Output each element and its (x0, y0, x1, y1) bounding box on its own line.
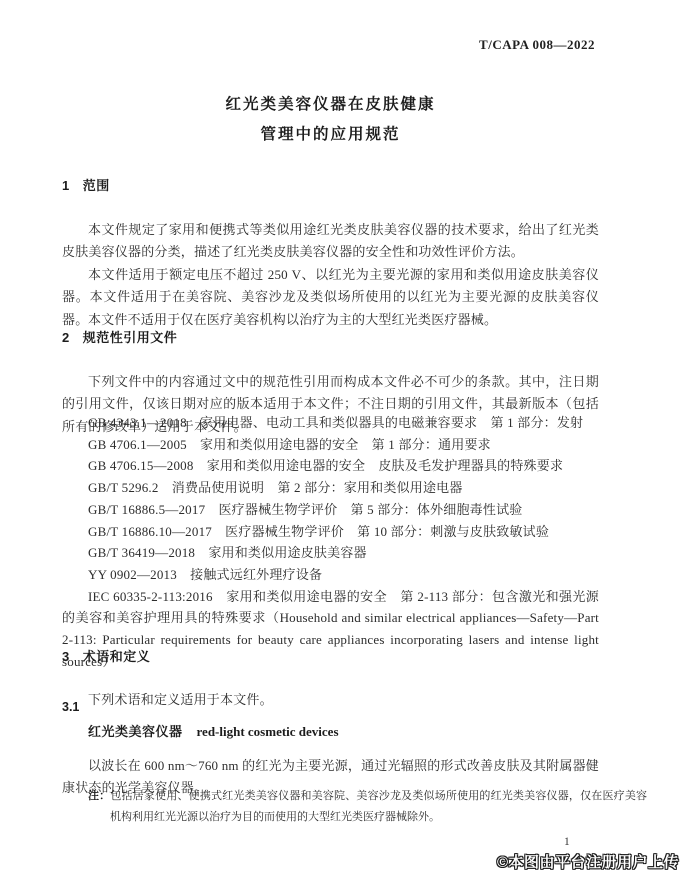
section-2-number: 2 (62, 330, 70, 345)
doc-code: T/CAPA 008—2022 (479, 37, 595, 53)
term-number: 3.1 (62, 700, 599, 714)
reference-list: GB 4343.1—2018 家用电器、电动工具和类似器具的电磁兼容要求 第 1… (62, 412, 599, 672)
section-2-heading: 2规范性引用文件 (62, 327, 599, 346)
page-number: 1 (564, 836, 570, 848)
note-text: 包括居家使用、便携式红光类美容仪器和美容院、美容沙龙及类似场所使用的红光类美容仪… (110, 790, 647, 823)
doc-title: 红光类美容仪器在皮肤健康 管理中的应用规范 (62, 90, 599, 150)
reference-item: YY 0902—2013 接触式远红外理疗设备 (62, 564, 599, 586)
scope-paragraph-1: 本文件规定了家用和便携式等类似用途红光类皮肤美容仪器的技术要求，给出了红光类皮肤… (62, 219, 599, 264)
section-3-title: 术语和定义 (83, 649, 151, 664)
section-1-number: 1 (62, 178, 70, 193)
watermark: ©本图由平台注册用户上传 (497, 851, 679, 872)
doc-title-line1: 红光类美容仪器在皮肤健康 (62, 90, 599, 120)
section-1-title: 范围 (83, 178, 110, 193)
reference-item: GB 4343.1—2018 家用电器、电动工具和类似器具的电磁兼容要求 第 1… (62, 412, 599, 434)
term-line: 红光类美容仪器red-light cosmetic devices (62, 721, 599, 740)
section-2-title: 规范性引用文件 (83, 330, 178, 345)
term-note: 注：包括居家使用、便携式红光类美容仪器和美容院、美容沙龙及类似场所使用的红光类美… (62, 786, 647, 827)
reference-item: GB/T 36419—2018 家用和类似用途皮肤美容器 (62, 542, 599, 564)
term-name-en: red-light cosmetic devices (197, 724, 339, 739)
reference-item: GB 4706.1—2005 家用和类似用途电器的安全 第 1 部分：通用要求 (62, 434, 599, 456)
section-1-heading: 1范围 (62, 175, 599, 194)
reference-item: GB 4706.15—2008 家用和类似用途电器的安全 皮肤及毛发护理器具的特… (62, 455, 599, 477)
reference-item: GB/T 16886.5—2017 医疗器械生物学评价 第 5 部分：体外细胞毒… (62, 499, 599, 521)
reference-item: GB/T 16886.10—2017 医疗器械生物学评价 第 10 部分：刺激与… (62, 521, 599, 543)
section-3-heading: 3术语和定义 (62, 646, 599, 665)
note-label: 注： (88, 790, 110, 802)
term-name-zh: 红光类美容仪器 (88, 724, 183, 739)
doc-title-line2: 管理中的应用规范 (62, 120, 599, 150)
document-page: T/CAPA 008—2022 红光类美容仪器在皮肤健康 管理中的应用规范 1范… (0, 0, 681, 873)
section-3-number: 3 (62, 649, 70, 664)
reference-item: GB/T 5296.2 消费品使用说明 第 2 部分：家用和类似用途电器 (62, 477, 599, 499)
